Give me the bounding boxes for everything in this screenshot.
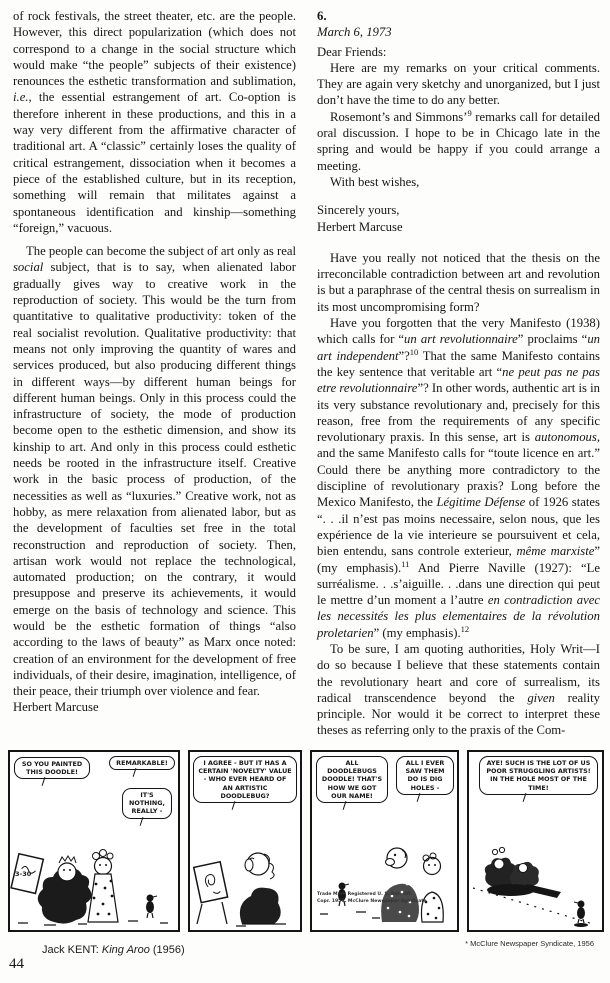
- speech-bubble: SO YOU PAINTED THIS DOODLE!: [14, 757, 90, 779]
- left-paragraph-1: of rock festivals, the street theater, e…: [13, 8, 296, 236]
- comic-caption: Jack KENT: King Aroo (1956): [42, 944, 185, 956]
- left-paragraph-2: The people can become the subject of art…: [13, 243, 296, 699]
- comic-panel-3: ALL DOODLEBUGS DOODLE! THAT'S HOW WE GOT…: [310, 750, 459, 932]
- letter-closing: Sincerely yours,: [317, 202, 600, 218]
- section-number: 6.: [317, 8, 600, 24]
- comic-panel-1: SO YOU PAINTED THIS DOODLE! REMARKABLE! …: [8, 750, 180, 932]
- comic-date-mark: 3-30: [15, 870, 31, 878]
- letter-paragraph-1: Here are my remarks on your critical com…: [317, 60, 600, 109]
- comic-strip: SO YOU PAINTED THIS DOODLE! REMARKABLE! …: [8, 750, 604, 932]
- panel-4-art: [469, 826, 602, 930]
- syndicate-footnote: * McClure Newspaper Syndicate, 1956: [465, 939, 594, 948]
- page-number: 44: [9, 956, 24, 973]
- essay-paragraph-1: Have you really not noticed that the the…: [317, 250, 600, 315]
- essay-paragraph-3: To be sure, I am quoting authorities, Ho…: [317, 641, 600, 739]
- panel-copyright-note: Trade Mark Registered U. S. Pat. Off. Co…: [317, 892, 427, 906]
- text-columns: of rock festivals, the street theater, e…: [0, 0, 610, 739]
- scanned-book-page: of rock festivals, the street theater, e…: [0, 0, 610, 983]
- panel-1-art: [10, 826, 178, 930]
- comic-panel-2: I AGREE - BUT IT HAS A CERTAIN 'NOVELTY'…: [188, 750, 302, 932]
- essay-paragraph-2: Have you forgotten that the very Manifes…: [317, 315, 600, 641]
- speech-bubble: REMARKABLE!: [109, 756, 175, 770]
- letter-date: March 6, 1973: [317, 24, 600, 40]
- comic-panel-4: AYE! SUCH IS THE LOT OF US POOR STRUGGLI…: [467, 750, 604, 932]
- speech-bubble: AYE! SUCH IS THE LOT OF US POOR STRUGGLI…: [479, 756, 598, 795]
- letter-paragraph-2: Rosemont’s and Simmons’9 remarks call fo…: [317, 109, 600, 174]
- letter-salutation: Dear Friends:: [317, 44, 600, 60]
- speech-bubble: ALL I EVER SAW THEM DO IS DIG HOLES -: [396, 756, 454, 795]
- letter-signature: Herbert Marcuse: [317, 219, 600, 235]
- speech-bubble: I AGREE - BUT IT HAS A CERTAIN 'NOVELTY'…: [193, 756, 297, 803]
- panel-3-art: [312, 826, 457, 930]
- right-column: 6. March 6, 1973 Dear Friends: Here are …: [317, 8, 600, 739]
- speech-bubble: IT'S NOTHING, REALLY -: [122, 788, 172, 819]
- left-column: of rock festivals, the street theater, e…: [13, 8, 296, 739]
- speech-bubble: ALL DOODLEBUGS DOODLE! THAT'S HOW WE GOT…: [316, 756, 388, 803]
- letter-paragraph-3: With best wishes,: [317, 174, 600, 190]
- panel-2-art: [190, 826, 300, 930]
- left-signature: Herbert Marcuse: [13, 699, 296, 715]
